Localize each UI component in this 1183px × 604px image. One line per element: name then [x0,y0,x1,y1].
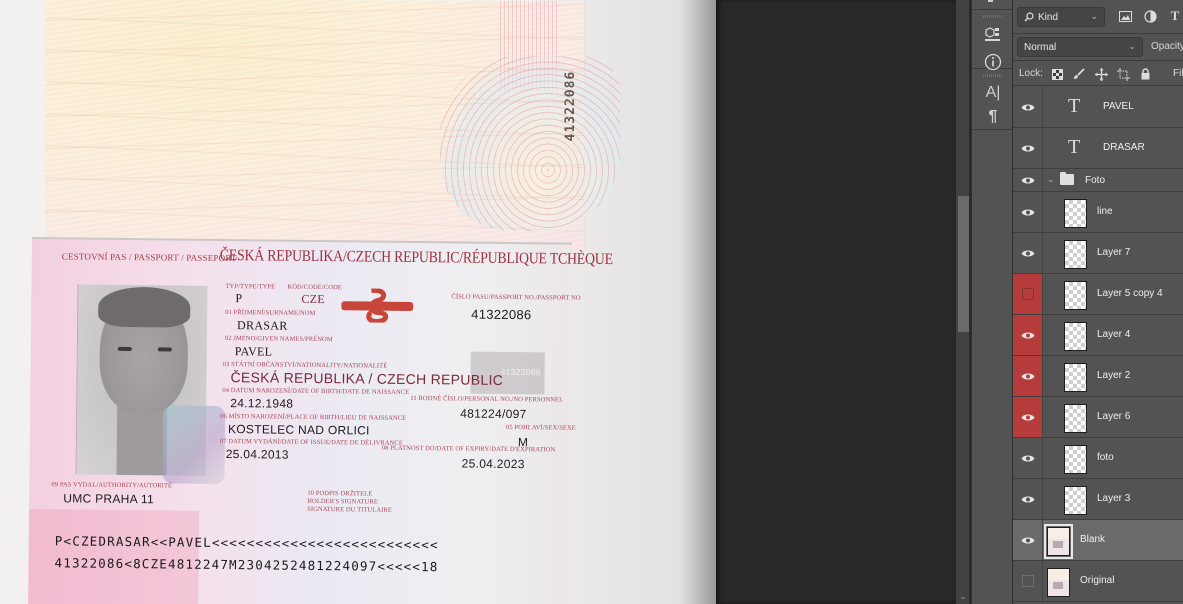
eye-icon [1021,103,1035,112]
layer-row[interactable]: ⌄Foto [1013,169,1183,192]
layer-visibility-toggle[interactable] [1013,169,1043,191]
layer-visibility-toggle[interactable] [1013,274,1043,314]
type-value: P [235,291,242,306]
passport-no-label: Číslo pasu/Passport No./Passport No [451,293,580,301]
layer-thumbnail [1064,404,1087,433]
layer-visibility-toggle[interactable] [1013,87,1043,127]
eye-icon [1021,413,1035,422]
layer-name: Foto [1085,175,1105,186]
layer-name: line [1097,206,1113,217]
hidden-box-icon [1022,288,1034,300]
issue-value: 25.04.2013 [226,447,289,462]
layer-row[interactable]: Layer 5 copy 4 [1013,274,1183,315]
perforated-number: 41322086 [563,1,593,211]
signature-label-3: Signature du titulaire [307,506,392,514]
group-expand-chevron-icon[interactable]: ⌄ [1047,174,1055,185]
paragraph-icon[interactable]: ¶ [981,106,1005,128]
layer-thumbnail [1064,240,1087,269]
layer-thumbnail [1064,322,1087,351]
layer-row[interactable]: TPAVEL [1013,87,1183,128]
character-icon[interactable]: A| [981,82,1005,104]
scroll-down-arrow[interactable]: ⌄ [956,591,970,602]
layer-visibility-toggle[interactable] [1013,479,1043,519]
filter-pixel-icon[interactable] [1117,8,1133,24]
layer-row[interactable]: line [1013,192,1183,233]
signature-label-2: Holder's signature [307,498,378,506]
code-value: CZE [301,292,325,307]
canvas-vertical-scrollbar[interactable]: ⌄ [956,0,970,604]
layer-visibility-toggle[interactable] [1013,438,1043,478]
layer-visibility-toggle[interactable] [1013,128,1043,168]
type-label: Typ/Type/Type [225,283,275,291]
pob-value: KOSTELEC NAD ORLICI [228,422,370,437]
folder-icon [1060,174,1074,185]
chevron-down-icon: ⌄ [1090,11,1098,22]
chevron-down-icon: ⌄ [1128,41,1136,52]
filter-type-icon[interactable]: T [1167,8,1183,24]
search-icon [1024,12,1034,22]
eye-icon [1021,144,1035,153]
passport-upper-page: 41322086 [45,0,585,249]
holder-photo [76,284,208,475]
eye-icon [1021,372,1035,381]
czech-lion-logo [341,288,413,323]
layer-thumbnail [1064,281,1087,310]
pob-label: 06 Místo narození/Place of birth/Lieu de… [220,413,406,422]
dob-label: 04 Datum narození/Date of birth/Date de … [222,387,409,396]
personal-no-value: 481224/097 [460,406,527,421]
eye-icon [1021,249,1035,258]
nationality-value: ČESKÁ REPUBLIKA / CZECH REPUBLIC [230,369,503,388]
blend-mode-select[interactable]: Normal ⌄ [1017,37,1143,57]
code-label: Kód/Code/Code [287,284,341,292]
document-canvas[interactable]: 41322086 CESTOVNÍ PAS / PASSPORT / PASSE… [0,0,716,604]
country-header: ČESKÁ REPUBLIKA/CZECH REPUBLIC/RÉPUBLIQU… [220,247,613,269]
panel-group-top [973,0,1012,10]
panel-group-type: A| ¶ [973,70,1012,130]
panel-group-libraries [973,11,1012,69]
layer-thumbnail [1047,568,1070,597]
layer-row[interactable]: Layer 3 [1013,479,1183,520]
layer-thumbnail [1064,445,1087,474]
opacity-label: Opacity [1151,41,1183,52]
scrollbar-thumb[interactable] [958,196,969,332]
lock-position-icon[interactable] [1093,66,1109,82]
hologram-overlay [162,405,225,484]
layer-name: Layer 3 [1097,493,1130,504]
libraries-icon[interactable] [981,23,1005,45]
layer-visibility-toggle[interactable] [1013,233,1043,273]
eye-icon [1021,176,1035,185]
eye-icon [1021,454,1035,463]
layer-visibility-toggle[interactable] [1013,315,1043,355]
layer-thumbnail [1064,486,1087,515]
surname-label: 01 Příjmení/Surname/Nom [225,309,315,317]
authority-label: 09 Pas vydal/Authority/Autorité [51,481,172,489]
layer-name: PAVEL [1103,101,1134,112]
text-layer-icon: T [1068,95,1080,118]
given-names-label: 02 Jméno/Given names/Prénom [225,335,333,343]
lock-bar: Lock: Fil [1013,61,1183,86]
filter-adjustment-icon[interactable] [1142,8,1158,24]
lock-label: Lock: [1019,68,1043,79]
layer-row[interactable]: Layer 2 [1013,356,1183,397]
issue-label: 07 Datum vydání/Date of issue/Date de dé… [220,438,403,447]
fill-label: Fil [1173,68,1183,79]
layer-row[interactable]: foto [1013,438,1183,479]
filter-kind-select[interactable]: Kind ⌄ [1017,7,1105,27]
layer-row[interactable]: Layer 6 [1013,397,1183,438]
photoshop-window: 41322086 CESTOVNÍ PAS / PASSPORT / PASSE… [0,0,1183,604]
expiry-value: 25.04.2023 [462,457,525,472]
authority-value: UMC PRAHA 11 [63,491,154,506]
doc-type-header: CESTOVNÍ PAS / PASSPORT / PASSEPORT [62,251,237,263]
text-layer-icon: T [1068,136,1080,159]
layer-name: Original [1080,575,1114,586]
layer-filter-bar: Kind ⌄ T [1013,0,1183,34]
passport-data-page: CESTOVNÍ PAS / PASSPORT / PASSEPORT ČESK… [28,237,572,604]
layer-name: Layer 6 [1097,411,1130,422]
layer-visibility-toggle[interactable] [1013,561,1043,601]
layer-name: Blank [1080,534,1105,545]
eye-icon [1021,331,1035,340]
layer-name: Layer 4 [1097,329,1130,340]
given-names-value: PAVEL [235,344,273,359]
blend-mode-value: Normal [1024,42,1056,53]
pasteboard [716,0,956,604]
lock-artboard-icon[interactable] [1115,66,1131,82]
lock-image-pixels-icon[interactable] [1071,66,1087,82]
guilloche-pattern [440,56,620,232]
layer-name: Layer 2 [1097,370,1130,381]
lock-transparent-pixels-icon[interactable] [1049,66,1065,82]
eye-icon [1021,208,1035,217]
panel-icon-strip: A| ¶ [971,0,1013,604]
eye-icon [1021,536,1035,545]
filter-kind-value: Kind [1038,12,1058,23]
layer-name: foto [1097,452,1114,463]
blend-opacity-bar: Normal ⌄ Opacity [1013,34,1183,61]
layer-row[interactable]: Layer 7 [1013,233,1183,274]
layer-name: Layer 5 copy 4 [1097,288,1163,299]
layer-thumbnail [1064,199,1087,228]
surname-value: DRASAR [237,318,288,334]
passport-no-value: 41322086 [471,307,531,323]
sex-label: 05 Pohlaví/Sex/Sexe [506,424,576,432]
layer-visibility-toggle[interactable] [1013,397,1043,437]
layer-name: DRASAR [1103,142,1145,153]
layer-visibility-toggle[interactable] [1013,356,1043,396]
layer-row[interactable]: Layer 4 [1013,315,1183,356]
layer-row[interactable]: Original [1013,561,1183,602]
layer-visibility-toggle[interactable] [1013,192,1043,232]
layers-panel: Kind ⌄ T Normal ⌄ Opacity Lock: [1013,0,1183,604]
hidden-box-icon [1022,575,1034,587]
layer-thumbnail [1064,363,1087,392]
layer-visibility-toggle[interactable] [1013,520,1043,560]
dob-value: 24.12.1948 [230,396,293,411]
layer-row[interactable]: Blank [1013,520,1183,561]
layer-row[interactable]: TDRASAR [1013,128,1183,169]
signature-label-1: 10 Podpis držitele [307,490,372,498]
layer-name: Layer 7 [1097,247,1130,258]
lock-all-icon[interactable] [1137,66,1153,82]
personal-no-label: 11 Rodné číslo/Personal No./No personnel [410,395,563,404]
eye-icon [1021,495,1035,504]
expiry-label: 08 Platnost do/Date of expiry/Date d'exp… [382,445,556,454]
layer-thumbnail [1047,527,1070,556]
